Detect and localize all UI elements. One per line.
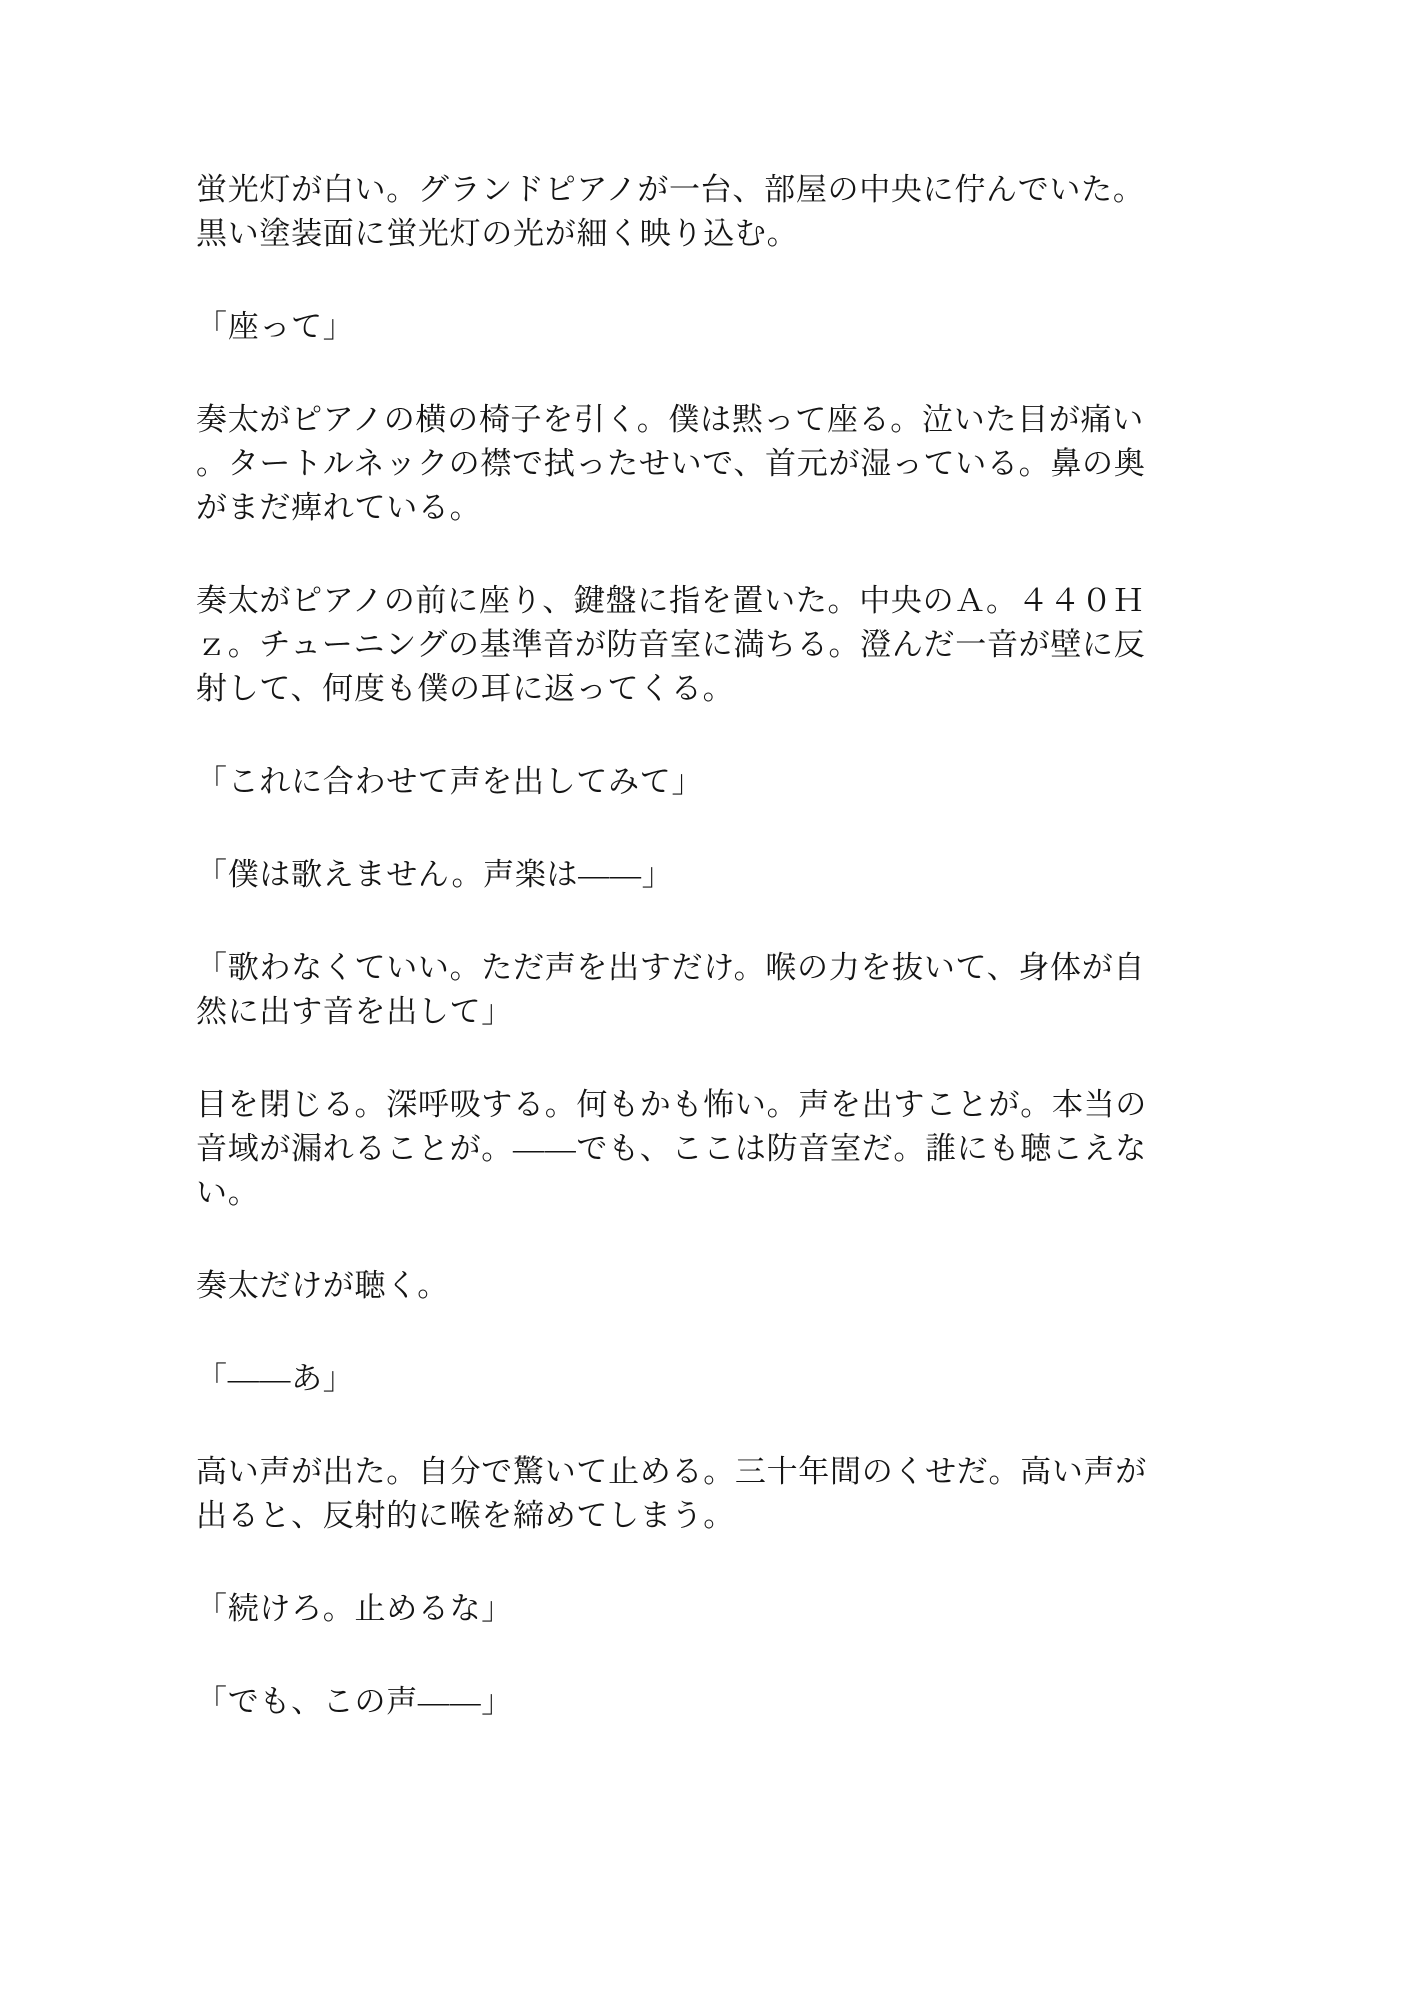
text-line: 奏太だけが聴く。 <box>196 1264 1186 1308</box>
text-line: 。タートルネックの襟で拭ったせいで、首元が湿っている。鼻の奥 <box>196 442 1186 486</box>
text-line: 奏太がピアノの横の椅子を引く。僕は黙って座る。泣いた目が痛い <box>196 398 1186 442</box>
paragraph: 「——あ」 <box>196 1357 1186 1401</box>
paragraph: 蛍光灯が白い。グランドピアノが一台、部屋の中央に佇んでいた。黒い塗装面に蛍光灯の… <box>196 168 1186 256</box>
paragraph: 目を閉じる。深呼吸する。何もかも怖い。声を出すことが。本当の音域が漏れることが。… <box>196 1083 1186 1215</box>
text-line: 蛍光灯が白い。グランドピアノが一台、部屋の中央に佇んでいた。 <box>196 168 1186 212</box>
text-line: ｚ。チューニングの基準音が防音室に満ちる。澄んだ一音が壁に反 <box>196 623 1186 667</box>
paragraph: 奏太がピアノの横の椅子を引く。僕は黙って座る。泣いた目が痛い。タートルネックの襟… <box>196 398 1186 530</box>
text-line: 然に出す音を出して」 <box>196 990 1186 1034</box>
text-line: 黒い塗装面に蛍光灯の光が細く映り込む。 <box>196 212 1186 256</box>
text-line: 射して、何度も僕の耳に返ってくる。 <box>196 667 1186 711</box>
text-line: 「座って」 <box>196 305 1186 349</box>
text-line: 音域が漏れることが。——でも、ここは防音室だ。誰にも聴こえな <box>196 1127 1186 1171</box>
document-body: 蛍光灯が白い。グランドピアノが一台、部屋の中央に佇んでいた。黒い塗装面に蛍光灯の… <box>196 168 1186 1724</box>
text-line: 「これに合わせて声を出してみて」 <box>196 760 1186 804</box>
paragraph: 「続けろ。止めるな」 <box>196 1587 1186 1631</box>
text-line: 「歌わなくていい。ただ声を出すだけ。喉の力を抜いて、身体が自 <box>196 946 1186 990</box>
paragraph: 「歌わなくていい。ただ声を出すだけ。喉の力を抜いて、身体が自然に出す音を出して」 <box>196 946 1186 1034</box>
text-line: がまだ痺れている。 <box>196 486 1186 530</box>
paragraph: 「これに合わせて声を出してみて」 <box>196 760 1186 804</box>
paragraph: 「座って」 <box>196 305 1186 349</box>
paragraph: 「でも、この声——」 <box>196 1680 1186 1724</box>
paragraph: 「僕は歌えません。声楽は——」 <box>196 853 1186 897</box>
text-line: 「——あ」 <box>196 1357 1186 1401</box>
text-line: 奏太がピアノの前に座り、鍵盤に指を置いた。中央のＡ。４４０Ｈ <box>196 579 1186 623</box>
document-page: 蛍光灯が白い。グランドピアノが一台、部屋の中央に佇んでいた。黒い塗装面に蛍光灯の… <box>0 0 1415 2000</box>
paragraph: 奏太がピアノの前に座り、鍵盤に指を置いた。中央のＡ。４４０Ｈｚ。チューニングの基… <box>196 579 1186 711</box>
paragraph: 高い声が出た。自分で驚いて止める。三十年間のくせだ。高い声が出ると、反射的に喉を… <box>196 1450 1186 1538</box>
text-line: 出ると、反射的に喉を締めてしまう。 <box>196 1494 1186 1538</box>
text-line: 目を閉じる。深呼吸する。何もかも怖い。声を出すことが。本当の <box>196 1083 1186 1127</box>
text-line: 「僕は歌えません。声楽は——」 <box>196 853 1186 897</box>
text-line: い。 <box>196 1171 1186 1215</box>
text-line: 「続けろ。止めるな」 <box>196 1587 1186 1631</box>
paragraph: 奏太だけが聴く。 <box>196 1264 1186 1308</box>
text-line: 「でも、この声——」 <box>196 1680 1186 1724</box>
text-line: 高い声が出た。自分で驚いて止める。三十年間のくせだ。高い声が <box>196 1450 1186 1494</box>
